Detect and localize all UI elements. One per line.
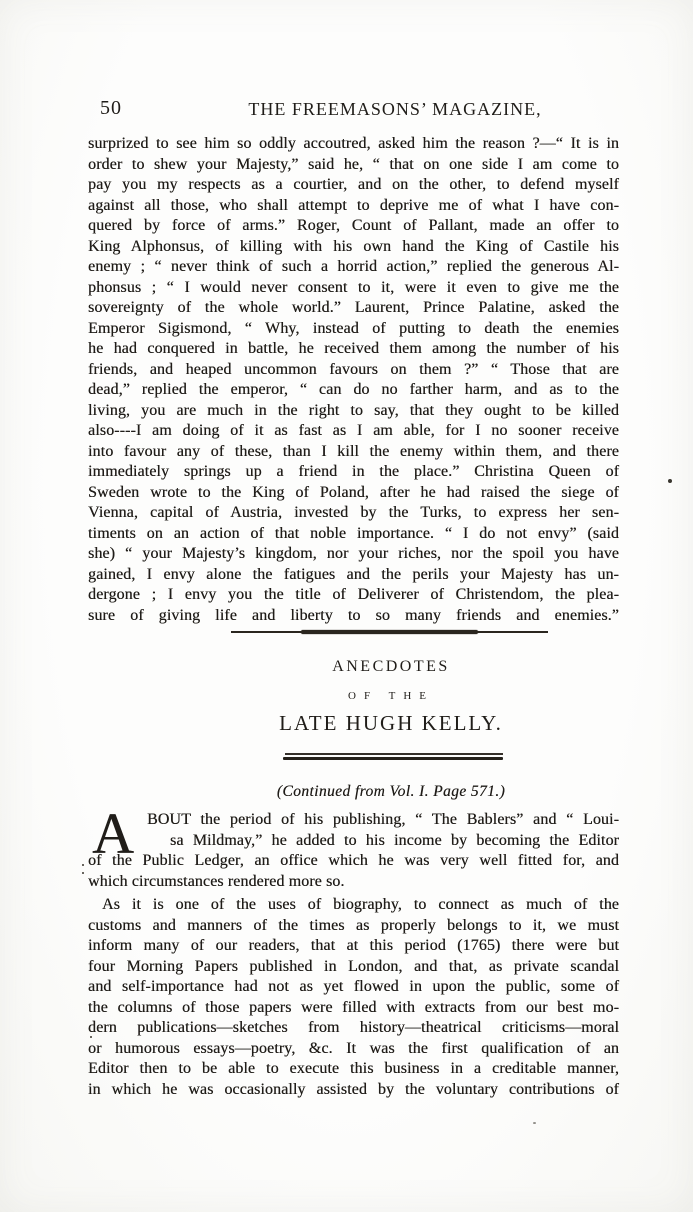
text-line: he had conquered in battle, he received … [88, 339, 619, 360]
running-header-title: THE FREEMASONS’ MAGAZINE, [88, 99, 618, 120]
text-line: As it is one of the uses of biography, t… [88, 895, 619, 916]
text-line: sure of giving life and liberty to so ma… [88, 606, 619, 627]
text-line: phonsus ; “ I would never consent to it,… [88, 278, 619, 299]
text-line: customs and manners of the times as prop… [88, 916, 619, 937]
text-line: friends, and heaped uncommon favours on … [88, 360, 619, 381]
text-line: sovereignty of the whole world.” Laurent… [88, 298, 619, 319]
text-line: quered by force of arms.” Roger, Count o… [88, 216, 619, 237]
text-line: pay you my respects as a courtier, and o… [88, 175, 619, 196]
text-line: of the Public Ledger, an office which he… [88, 851, 619, 872]
drop-cap-letter: A [92, 813, 134, 855]
divider-thick-line [283, 757, 503, 760]
text-line: order to shew your Majesty,” said he, “ … [88, 155, 619, 176]
paragraph-lines: surprized to see him so oddly accoutred,… [88, 134, 619, 626]
divider-ink-blot [301, 630, 479, 634]
text-line: sa Mildmay,” he added to his income by b… [88, 831, 619, 852]
text-line: and self-importance had not as yet flowe… [88, 977, 619, 998]
text-line: or humorous essays—poetry, &c. It was th… [88, 1039, 619, 1060]
text-line: also----I am doing of it as fast as I am… [88, 421, 619, 442]
text-line: King Alphonsus, of killing with his own … [88, 237, 619, 258]
ink-speck [82, 872, 84, 874]
paragraph-lines: As it is one of the uses of biography, t… [88, 895, 619, 1100]
heading-of-the: OF THE [164, 690, 618, 702]
text-line: against all those, who shall attempt to … [88, 196, 619, 217]
heading-late-hugh-kelly: LATE HUGH KELLY. [164, 711, 618, 736]
ink-speck [533, 1122, 536, 1124]
text-line: Emperor Sigismond, “ Why, instead of put… [88, 319, 619, 340]
text-line: gained, I envy alone the fatigues and th… [88, 565, 619, 586]
text-line: enemy ; “ never think of such a horrid a… [88, 257, 619, 278]
magazine-page-scan: 50 THE FREEMASONS’ MAGAZINE, surprized t… [0, 0, 693, 1212]
text-line: inform many of our readers, that at this… [88, 936, 619, 957]
divider-thin-line [285, 753, 503, 755]
paragraph-lines: BOUT the period of his publishing, “ The… [88, 810, 619, 872]
text-line: immediately springs up a friend in the p… [88, 462, 619, 483]
text-line: dergone ; I envy you the title of Delive… [88, 585, 619, 606]
text-line: four Morning Papers published in London,… [88, 957, 619, 978]
continuation-note: (Continued from Vol. I. Page 571.) [88, 783, 618, 801]
text-line: BOUT the period of his publishing, “ The… [88, 810, 619, 831]
text-line: Vienna, capital of Austria, invested by … [88, 503, 619, 524]
article-heading: ANECDOTES OF THE LATE HUGH KELLY. [88, 658, 618, 736]
kelly-paragraph-1: A BOUT the period of his publishing, “ T… [88, 810, 619, 892]
text-line: Sweden wrote to the King of Poland, afte… [88, 483, 619, 504]
text-line: in which he was occasionally assisted by… [88, 1080, 619, 1101]
anecdotes-continued-paragraph: surprized to see him so oddly accoutred,… [88, 134, 619, 626]
heading-anecdotes: ANECDOTES [164, 658, 618, 676]
ink-speck [82, 864, 84, 866]
text-line: dead,” replied the emperor, “ can do no … [88, 380, 619, 401]
text-line: living, you are much in the right to say… [88, 401, 619, 422]
text-line: the columns of those papers were filled … [88, 998, 619, 1019]
text-line: Editor then to be able to execute this b… [88, 1059, 619, 1080]
section-divider-rule [231, 629, 548, 634]
ink-speck [90, 1036, 92, 1038]
ink-speck [668, 479, 672, 483]
text-line: into favour any of these, than I kill th… [88, 442, 619, 463]
text-line: timents on an action of that noble impor… [88, 524, 619, 545]
title-divider-double-rule [283, 753, 503, 761]
paragraph-last-line: which circumstances rendered more so. [88, 872, 619, 893]
text-line: surprized to see him so oddly accoutred,… [88, 134, 619, 155]
text-line: she) “ your Majesty’s kingdom, nor your … [88, 544, 619, 565]
kelly-paragraph-2: As it is one of the uses of biography, t… [88, 895, 619, 1100]
text-line: dern publications—sketches from history—… [88, 1018, 619, 1039]
